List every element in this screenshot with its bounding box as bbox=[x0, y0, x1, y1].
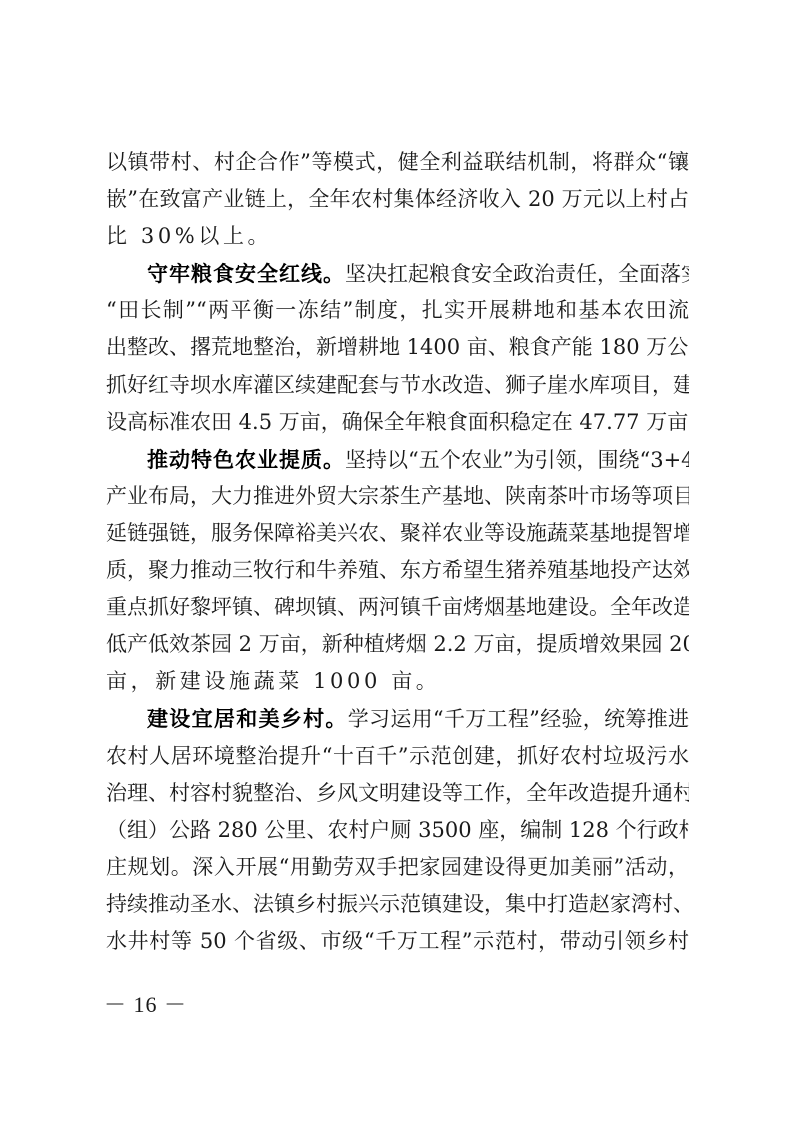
text-line: 治理、村容村貌整治、乡风文明建设等工作，全年改造提升通村 bbox=[106, 775, 689, 812]
paragraph-grain-security: 守牢粮食安全红线。坚决扛起粮食安全政治责任，全面落实 “田长制”“两平衡一冻结”… bbox=[106, 255, 689, 440]
paragraph-specialty-agriculture: 推动特色农业提质。坚持以“五个农业”为引领，围绕“3+4+N” 产业布局，大力推… bbox=[106, 441, 689, 701]
text-line: （组）公路 280 公里、农村户厕 3500 座，编制 128 个行政村村 bbox=[106, 812, 689, 849]
page-number: － 16 － bbox=[104, 988, 187, 1019]
paragraph-collective-economy: 以镇带村、村企合作”等模式，健全利益联结机制，将群众“镶 嵌”在致富产业链上，全… bbox=[106, 144, 689, 255]
text-line: 低产低效茶园 2 万亩，新种植烤烟 2.2 万亩，提质增效果园 2000 bbox=[106, 626, 689, 663]
text-line: 守牢粮食安全红线。坚决扛起粮食安全政治责任，全面落实 bbox=[106, 255, 689, 292]
text-line: 质，聚力推动三牧行和牛养殖、东方希望生猪养殖基地投产达效， bbox=[106, 552, 689, 589]
paragraph-livable-villages: 建设宜居和美乡村。学习运用“千万工程”经验，统筹推进 农村人居环境整治提升“十百… bbox=[106, 700, 689, 960]
text-line: 推动特色农业提质。坚持以“五个农业”为引领，围绕“3+4+N” bbox=[106, 441, 689, 478]
text-line: 嵌”在致富产业链上，全年农村集体经济收入 20 万元以上村占 bbox=[106, 181, 689, 218]
text-line: 产业布局，大力推进外贸大宗茶生产基地、陕南茶叶市场等项目 bbox=[106, 478, 689, 515]
text-line: 重点抓好黎坪镇、碑坝镇、两河镇千亩烤烟基地建设。全年改造 bbox=[106, 589, 689, 626]
text-line: 出整改、撂荒地整治，新增耕地 1400 亩、粮食产能 180 万公斤。 bbox=[106, 329, 689, 366]
paragraph-heading: 建设宜居和美乡村。 bbox=[147, 706, 348, 731]
text-line: 比 30%以上。 bbox=[106, 218, 689, 255]
document-page: 以镇带村、村企合作”等模式，健全利益联结机制，将群众“镶 嵌”在致富产业链上，全… bbox=[0, 0, 792, 1121]
text-line: 农村人居环境整治提升“十百千”示范创建，抓好农村垃圾污水 bbox=[106, 738, 689, 775]
text-run: 坚持以“五个农业”为引领，围绕“3+4+N” bbox=[345, 448, 689, 472]
paragraph-heading: 守牢粮食安全红线。 bbox=[147, 261, 345, 286]
text-line: 亩，新建设施蔬菜 1000 亩。 bbox=[106, 663, 689, 700]
text-line: 持续推动圣水、法镇乡村振兴示范镇建设，集中打造赵家湾村、 bbox=[106, 886, 689, 923]
text-run: 学习运用“千万工程”经验，统筹推进 bbox=[348, 707, 689, 731]
text-line: 建设宜居和美乡村。学习运用“千万工程”经验，统筹推进 bbox=[106, 700, 689, 737]
text-line: 抓好红寺坝水库灌区续建配套与节水改造、狮子崖水库项目，建 bbox=[106, 367, 689, 404]
text-line: “田长制”“两平衡一冻结”制度，扎实开展耕地和基本农田流 bbox=[106, 292, 689, 329]
text-line: 庄规划。深入开展“用勤劳双手把家园建设得更加美丽”活动， bbox=[106, 849, 689, 886]
text-line: 以镇带村、村企合作”等模式，健全利益联结机制，将群众“镶 bbox=[106, 144, 689, 181]
text-line: 延链强链，服务保障裕美兴农、聚祥农业等设施蔬菜基地提智增 bbox=[106, 515, 689, 552]
paragraph-heading: 推动特色农业提质。 bbox=[147, 447, 345, 472]
text-line: 设高标准农田 4.5 万亩，确保全年粮食面积稳定在 47.77 万亩。 bbox=[106, 404, 689, 441]
text-line: 水井村等 50 个省级、市级“千万工程”示范村，带动引领乡村 bbox=[106, 923, 689, 960]
body-text: 以镇带村、村企合作”等模式，健全利益联结机制，将群众“镶 嵌”在致富产业链上，全… bbox=[106, 144, 689, 960]
text-run: 坚决扛起粮食安全政治责任，全面落实 bbox=[345, 262, 689, 286]
